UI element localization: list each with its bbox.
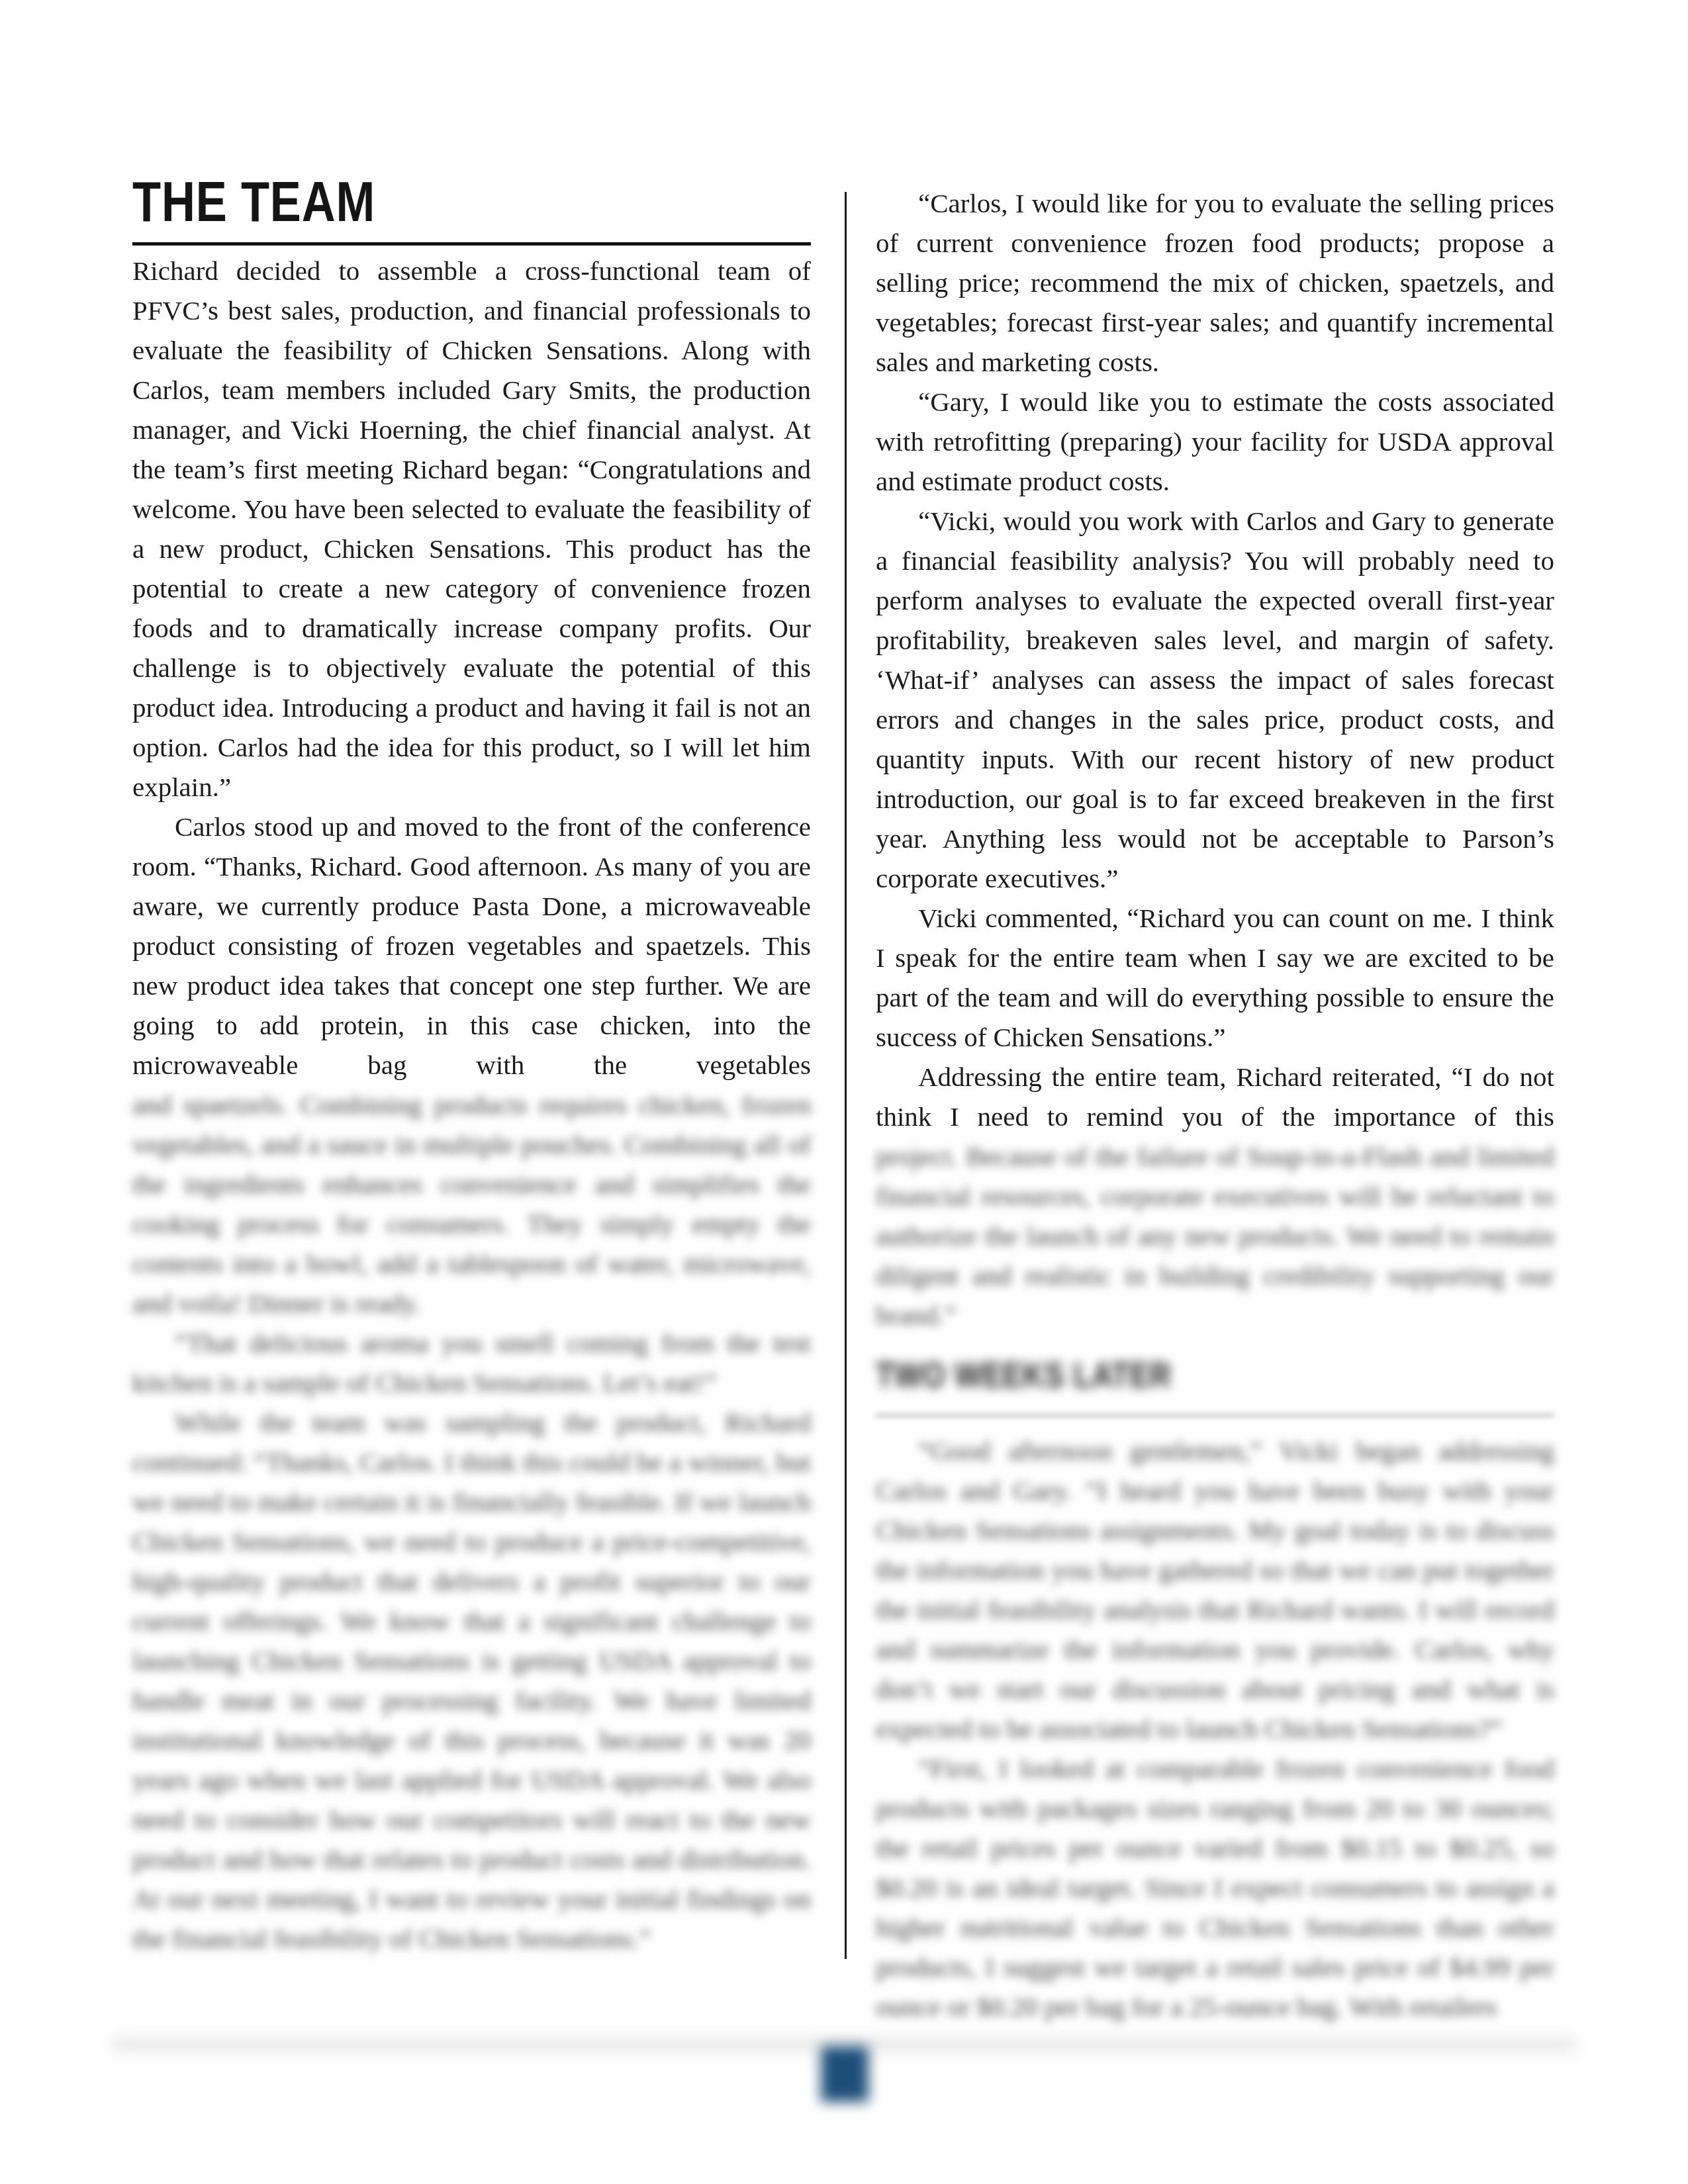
right-column: “Carlos, I would like for you to evaluat… bbox=[876, 183, 1554, 2026]
paragraph: “Gary, I would like you to estimate the … bbox=[876, 382, 1554, 501]
paragraph: “Vicki, would you work with Carlos and G… bbox=[876, 501, 1554, 898]
paragraph: Addressing the entire team, Richard reit… bbox=[876, 1057, 1554, 1136]
blurred-text-region: project. Because of the failure of Soup-… bbox=[876, 1136, 1554, 1335]
blurred-text-region: and spaetzels. Combining products requir… bbox=[132, 1085, 811, 1958]
page-number-badge bbox=[821, 2046, 868, 2102]
section-heading-text: TWO WEEKS LATER bbox=[876, 1357, 1172, 1393]
right-column-text: “Carlos, I would like for you to evaluat… bbox=[876, 183, 1554, 2026]
section-rule bbox=[876, 1414, 1554, 1416]
blurred-paragraph: “First, I looked at comparable frozen co… bbox=[876, 1749, 1554, 2026]
left-column-text: Richard decided to assemble a cross-func… bbox=[132, 251, 811, 1958]
blurred-paragraph: “Good afternoon gentlemen,” Vicki began … bbox=[876, 1431, 1554, 1749]
paragraph: “Carlos, I would like for you to evaluat… bbox=[876, 183, 1554, 382]
paragraph: Richard decided to assemble a cross-func… bbox=[132, 251, 811, 807]
blurred-paragraph: and spaetzels. Combining products requir… bbox=[132, 1085, 811, 1323]
blurred-paragraph: project. Because of the failure of Soup-… bbox=[876, 1136, 1554, 1335]
blurred-text-region: “Good afternoon gentlemen,” Vicki began … bbox=[876, 1431, 1554, 2026]
heading-rule bbox=[132, 242, 811, 246]
document-page: THE TEAM Richard decided to assemble a c… bbox=[0, 0, 1688, 2184]
blurred-paragraph: “That delicious aroma you smell coming f… bbox=[132, 1323, 811, 1402]
left-column: THE TEAM Richard decided to assemble a c… bbox=[132, 173, 811, 1958]
blurred-paragraph: While the team was sampling the product,… bbox=[132, 1402, 811, 1958]
section-heading-blurred: TWO WEEKS LATER bbox=[876, 1357, 1554, 1393]
paragraph: Carlos stood up and moved to the front o… bbox=[132, 807, 811, 1085]
section-heading-text: THE TEAM bbox=[132, 173, 375, 230]
paragraph: Vicki commented, “Richard you can count … bbox=[876, 898, 1554, 1057]
section-heading: THE TEAM bbox=[132, 173, 811, 230]
column-divider bbox=[845, 192, 847, 1959]
